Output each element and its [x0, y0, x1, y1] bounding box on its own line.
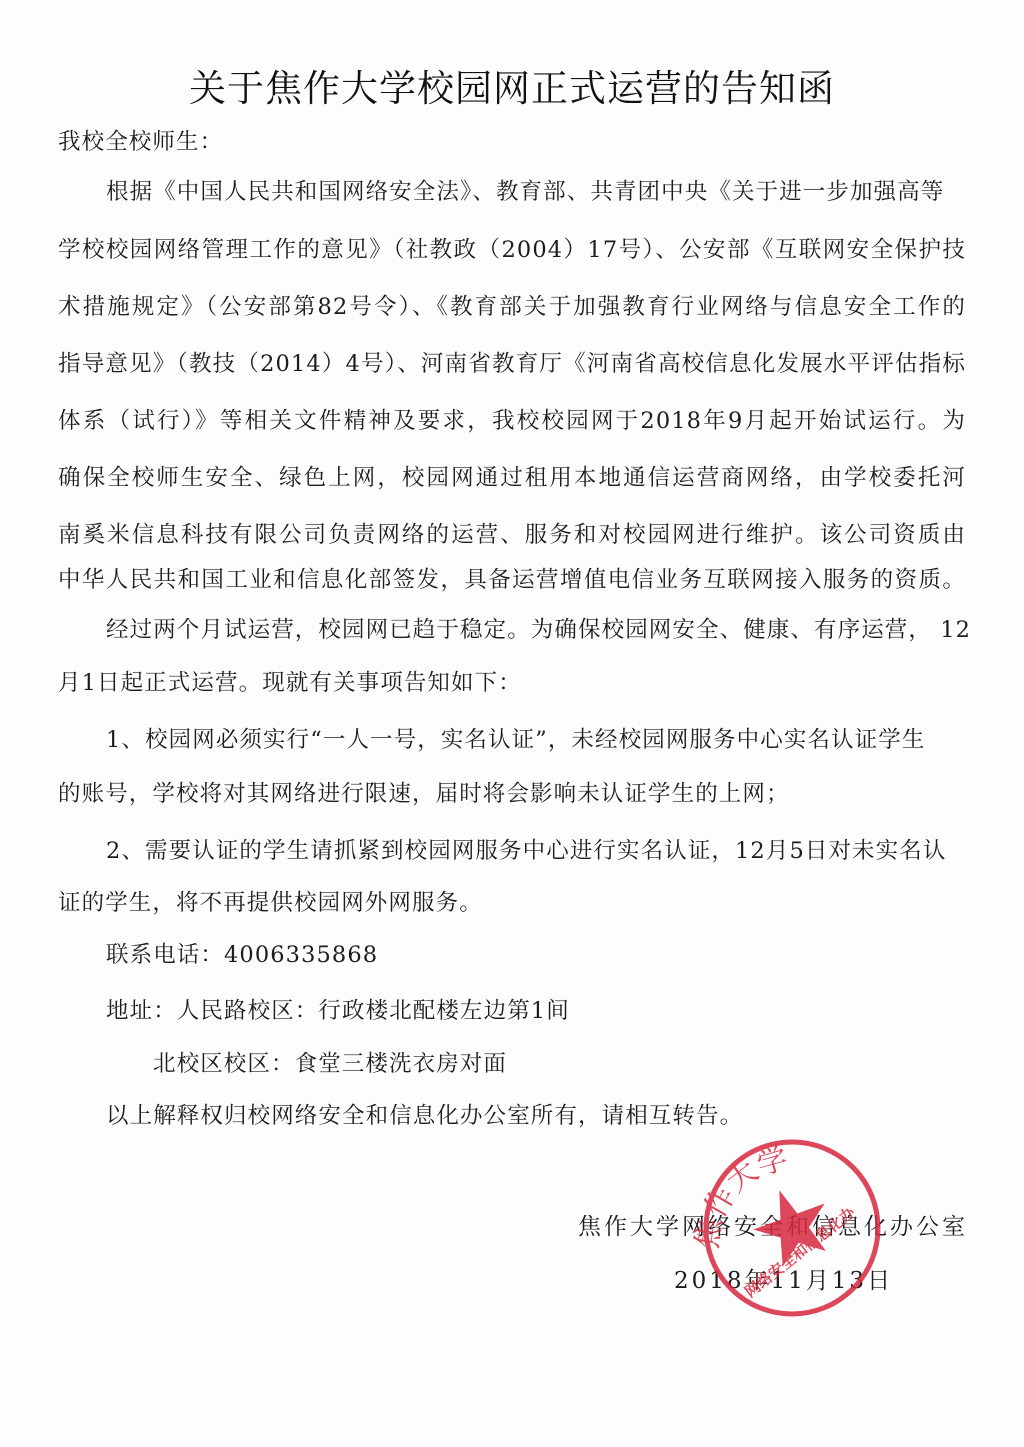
paragraph-line: 2、需要认证的学生请抓紧到校园网服务中心进行实名认证，12月5日对未实名认 — [106, 833, 966, 865]
document-title: 关于焦作大学校园网正式运营的告知函 — [0, 58, 1024, 112]
contact-address-north: 北校区校区：食堂三楼洗衣房对面 — [153, 1046, 507, 1078]
official-seal: 焦作大学 网络安全和信息化办公室 — [680, 1120, 890, 1320]
paragraph-line: 术措施规定》（公安部第82号令）、《教育部关于加强教育行业网络与信息安全工作的 — [58, 289, 966, 321]
paragraph-line: 学校校园网络管理工作的意见》（社教政（2004）17号）、公安部《互联网安全保护… — [58, 232, 966, 264]
paragraph-line: 证的学生，将不再提供校园网外网服务。 — [58, 885, 483, 917]
paragraph-line: 的账号，学校将对其网络进行限速，届时将会影响未认证学生的上网； — [58, 776, 790, 808]
paragraph-line: 体系（试行）》等相关文件精神及要求，我校校园网于2018年9月起开始试运行。为 — [58, 403, 966, 435]
notice-letter-page: 关于焦作大学校园网正式运营的告知函 我校全校师生： 根据《中国人民共和国网络安全… — [0, 0, 1024, 1447]
paragraph-line: 确保全校师生安全、绿色上网，校园网通过租用本地通信运营商网络，由学校委托河 — [58, 460, 966, 492]
paragraph-line: 南奚米信息科技有限公司负责网络的运营、服务和对校园网进行维护。该公司资质由 — [58, 517, 966, 549]
paragraph-line: 中华人民共和国工业和信息化部签发，具备运营增值电信业务互联网接入服务的资质。 — [58, 562, 966, 594]
seal-graphic: 焦作大学 网络安全和信息化办公室 — [680, 1120, 890, 1320]
paragraph-line: 经过两个月试运营，校园网已趋于稳定。为确保校园网安全、健康、有序运营， 12 — [106, 612, 966, 644]
contact-address-renminlu: 地址：人民路校区：行政楼北配楼左边第1间 — [106, 993, 570, 1025]
paragraph-line: 1、校园网必须实行“一人一号，实名认证”，未经校园网服务中心实名认证学生 — [106, 722, 966, 754]
paragraph-line: 月1日起正式运营。现就有关事项告知如下： — [58, 665, 522, 697]
salutation: 我校全校师生： — [58, 124, 223, 156]
closing-statement: 以上解释权归校网络安全和信息化办公室所有，请相互转告。 — [106, 1098, 743, 1130]
paragraph-line: 根据《中国人民共和国网络安全法》、教育部、共青团中央《关于进一步加强高等 — [106, 174, 966, 206]
contact-phone: 联系电话：4006335868 — [106, 937, 378, 969]
paragraph-line: 指导意见》（教技（2014）4号）、河南省教育厅《河南省高校信息化发展水平评估指… — [58, 346, 966, 378]
